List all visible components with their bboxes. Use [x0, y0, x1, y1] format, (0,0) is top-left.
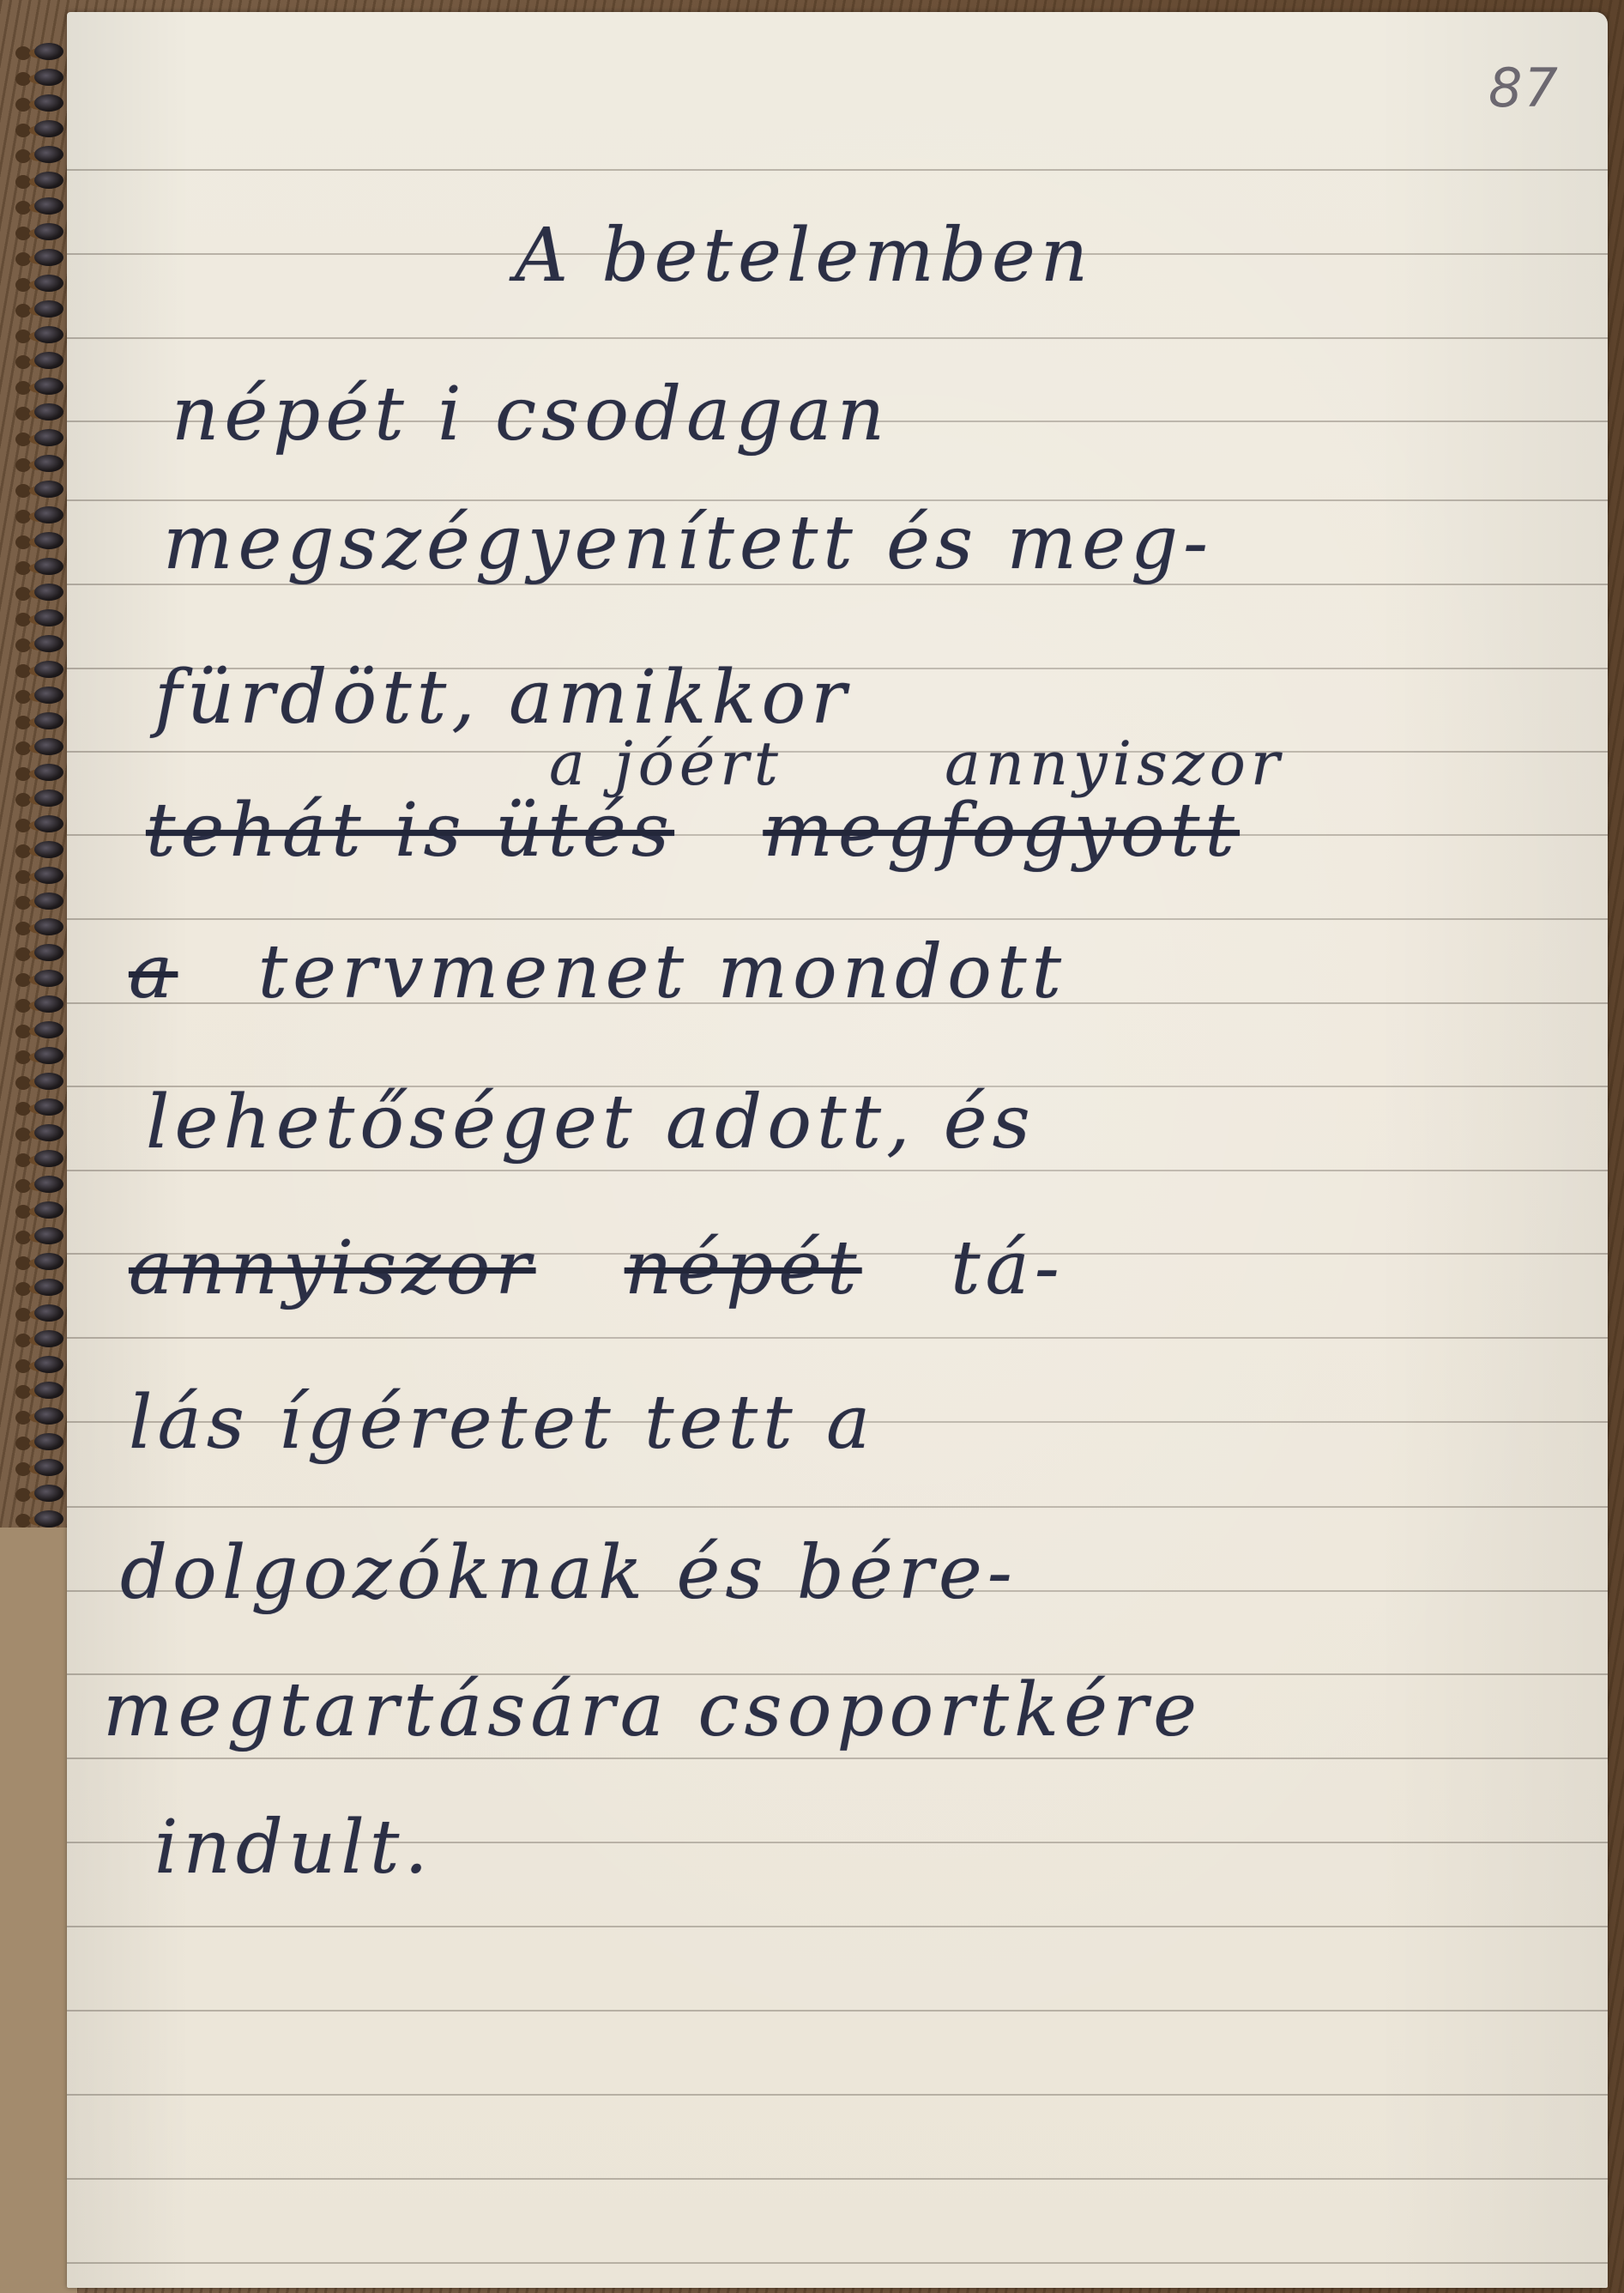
spiral-coil-back	[15, 638, 31, 652]
handwritten-line: lás ígéretet tett a	[129, 1386, 875, 1460]
spiral-coil	[34, 120, 63, 137]
spiral-coil	[34, 1073, 63, 1090]
spiral-coil	[34, 300, 63, 318]
handwritten-line-struck: annyiszor népét tá-	[129, 1231, 1065, 1305]
line-text: fürdött, amikkor	[154, 655, 851, 741]
ruled-line	[67, 918, 1608, 920]
handwritten-line: A betelemben	[515, 219, 1093, 293]
struck-text: népét	[625, 1231, 862, 1305]
spiral-coil-back	[15, 1334, 31, 1347]
spiral-coil	[34, 43, 63, 60]
spiral-coil	[34, 1330, 63, 1347]
spiral-coil-back	[15, 1256, 31, 1270]
spiral-coil-back	[15, 98, 31, 112]
spiral-coil	[34, 1279, 63, 1296]
spiral-coil-back	[15, 1462, 31, 1476]
spiral-coil-back	[15, 1282, 31, 1296]
spiral-coil	[34, 275, 63, 292]
spiral-coil	[34, 1304, 63, 1322]
spiral-coil	[34, 223, 63, 240]
spiral-coil-back	[15, 1205, 31, 1219]
spiral-coil-back	[15, 458, 31, 472]
ruled-line	[67, 1337, 1608, 1339]
spiral-coil-back	[15, 999, 31, 1013]
line-text: megszégyenített és meg-	[163, 500, 1213, 586]
spiral-coil-back	[15, 278, 31, 292]
spiral-coil-back	[15, 896, 31, 910]
spiral-coil	[34, 1124, 63, 1141]
handwritten-line: megszégyenített és meg-	[163, 506, 1213, 580]
spiral-coil	[34, 944, 63, 961]
spiral-coil	[34, 815, 63, 832]
handwritten-line: dolgozóknak és bére-	[120, 1536, 1017, 1610]
ruled-line	[67, 1170, 1608, 1171]
spiral-coil	[34, 764, 63, 781]
ruled-line	[67, 337, 1608, 339]
ruled-line	[67, 1758, 1608, 1759]
spiral-coil	[34, 970, 63, 987]
spiral-coil-back	[15, 767, 31, 781]
line-text: tervmenet mondott	[258, 929, 1066, 1015]
spiral-coil-back	[15, 922, 31, 935]
spiral-coil	[34, 378, 63, 395]
spiral-coil-back	[15, 1231, 31, 1244]
spiral-coil	[34, 1047, 63, 1064]
spiral-coil	[34, 481, 63, 498]
spiral-coil	[34, 841, 63, 858]
spiral-coil	[34, 558, 63, 575]
spiral-coil	[34, 995, 63, 1013]
spiral-coil-back	[15, 1076, 31, 1090]
ruled-line	[67, 2262, 1608, 2264]
spiral-coil-back	[15, 1488, 31, 1502]
notebook-back-cover	[0, 1528, 77, 2293]
handwritten-line-struck: tehát is ütés megfogyott	[146, 794, 1240, 868]
spiral-coil	[34, 609, 63, 626]
spiral-coil-back	[15, 510, 31, 523]
struck-text: tehát is ütés	[146, 794, 674, 868]
spiral-coil-back	[15, 1128, 31, 1141]
page-number: 87	[1488, 57, 1560, 119]
spiral-coil	[34, 1201, 63, 1219]
line-text: indult.	[154, 1805, 433, 1891]
spiral-coil	[34, 1098, 63, 1116]
spiral-coil-back	[15, 947, 31, 961]
spiral-coil	[34, 1227, 63, 1244]
spiral-coil	[34, 1485, 63, 1502]
spiral-coil	[34, 661, 63, 678]
line-text: dolgozóknak és bére-	[120, 1530, 1017, 1616]
spiral-coil	[34, 532, 63, 549]
struck-text: megfogyott	[763, 788, 1240, 874]
spiral-coil-back	[15, 1359, 31, 1373]
spiral-coil	[34, 69, 63, 86]
spiral-coil-back	[15, 355, 31, 369]
spiral-coil-back	[15, 72, 31, 86]
ruled-line	[67, 2010, 1608, 2012]
handwritten-line: indult.	[154, 1811, 433, 1885]
line-text: népét i csodagan	[172, 372, 890, 457]
spiral-coil-back	[15, 819, 31, 832]
spiral-coil	[34, 94, 63, 112]
ruled-line	[67, 2094, 1608, 2096]
spiral-coil-back	[15, 690, 31, 704]
spiral-coil-back	[15, 664, 31, 678]
spiral-coil-back	[15, 1385, 31, 1399]
spiral-coil	[34, 712, 63, 729]
spiral-coil-back	[15, 1411, 31, 1425]
spiral-coil	[34, 790, 63, 807]
ruled-line	[67, 1926, 1608, 1927]
spiral-coil-back	[15, 741, 31, 755]
spiral-coil-back	[15, 330, 31, 343]
spiral-coil	[34, 429, 63, 446]
spiral-coil	[34, 403, 63, 420]
line-text: A betelemben	[515, 213, 1093, 299]
spiral-coil	[34, 1510, 63, 1528]
spiral-coil-back	[15, 587, 31, 601]
spiral-coil	[34, 738, 63, 755]
spiral-coil-back	[15, 1308, 31, 1322]
handwritten-line: lehetőséget adott, és	[146, 1086, 1035, 1159]
line-text: megtartására csoportkére	[103, 1667, 1202, 1753]
handwritten-line: a tervmenet mondott	[129, 935, 1066, 1009]
spiral-coil-back	[15, 407, 31, 420]
spiral-coil-back	[15, 535, 31, 549]
spiral-coil-back	[15, 175, 31, 189]
spiral-coil-back	[15, 124, 31, 137]
interlinear-insertion: a jóért annyiszor	[549, 734, 1284, 794]
spiral-coil	[34, 146, 63, 163]
spiral-coil	[34, 326, 63, 343]
spiral-coil	[34, 635, 63, 652]
spiral-coil-back	[15, 433, 31, 446]
spiral-coil-back	[15, 1102, 31, 1116]
spiral-coil-back	[15, 201, 31, 215]
spiral-coil	[34, 197, 63, 215]
spiral-coil-back	[15, 252, 31, 266]
spiral-coil-back	[15, 1514, 31, 1528]
spiral-coil-back	[15, 304, 31, 318]
spiral-coil-back	[15, 149, 31, 163]
spiral-coil-back	[15, 716, 31, 729]
spiral-coil	[34, 455, 63, 472]
spiral-coil	[34, 1433, 63, 1450]
spiral-coil	[34, 1150, 63, 1167]
spiral-coil-back	[15, 870, 31, 884]
spiral-coil	[34, 1407, 63, 1425]
line-text: lehetőséget adott, és	[146, 1080, 1035, 1165]
spiral-coil	[34, 1253, 63, 1270]
spiral-coil-back	[15, 1153, 31, 1167]
spiral-coil	[34, 249, 63, 266]
spiral-coil-back	[15, 1179, 31, 1193]
spiral-coil	[34, 172, 63, 189]
spiral-coil-back	[15, 793, 31, 807]
spiral-coil	[34, 506, 63, 523]
handwritten-line: fürdött, amikkor	[154, 661, 851, 735]
spiral-binding	[15, 43, 75, 1545]
spiral-coil	[34, 352, 63, 369]
struck-text: a	[129, 935, 178, 1009]
spiral-coil	[34, 1176, 63, 1193]
spiral-coil-back	[15, 1437, 31, 1450]
spiral-coil	[34, 1021, 63, 1038]
spiral-coil	[34, 1459, 63, 1476]
ruled-line	[67, 2178, 1608, 2180]
ruled-line	[67, 169, 1608, 171]
handwritten-line: népét i csodagan	[172, 378, 890, 451]
spiral-coil	[34, 1356, 63, 1373]
spiral-coil	[34, 1382, 63, 1399]
spiral-coil-back	[15, 561, 31, 575]
spiral-coil-back	[15, 1050, 31, 1064]
handwritten-line: megtartására csoportkére	[103, 1673, 1202, 1747]
spiral-coil-back	[15, 46, 31, 60]
spiral-coil-back	[15, 844, 31, 858]
struck-text: annyiszor	[129, 1231, 535, 1305]
spiral-coil	[34, 584, 63, 601]
spiral-coil	[34, 918, 63, 935]
spiral-coil	[34, 867, 63, 884]
spiral-coil-back	[15, 227, 31, 240]
ruled-line	[67, 1506, 1608, 1508]
spiral-coil	[34, 892, 63, 910]
spiral-coil-back	[15, 613, 31, 626]
spiral-coil-back	[15, 381, 31, 395]
spiral-coil	[34, 687, 63, 704]
spiral-coil-back	[15, 484, 31, 498]
spiral-coil-back	[15, 1025, 31, 1038]
line-text: tá-	[951, 1225, 1065, 1311]
line-text: lás ígéretet tett a	[129, 1380, 875, 1466]
spiral-coil-back	[15, 973, 31, 987]
